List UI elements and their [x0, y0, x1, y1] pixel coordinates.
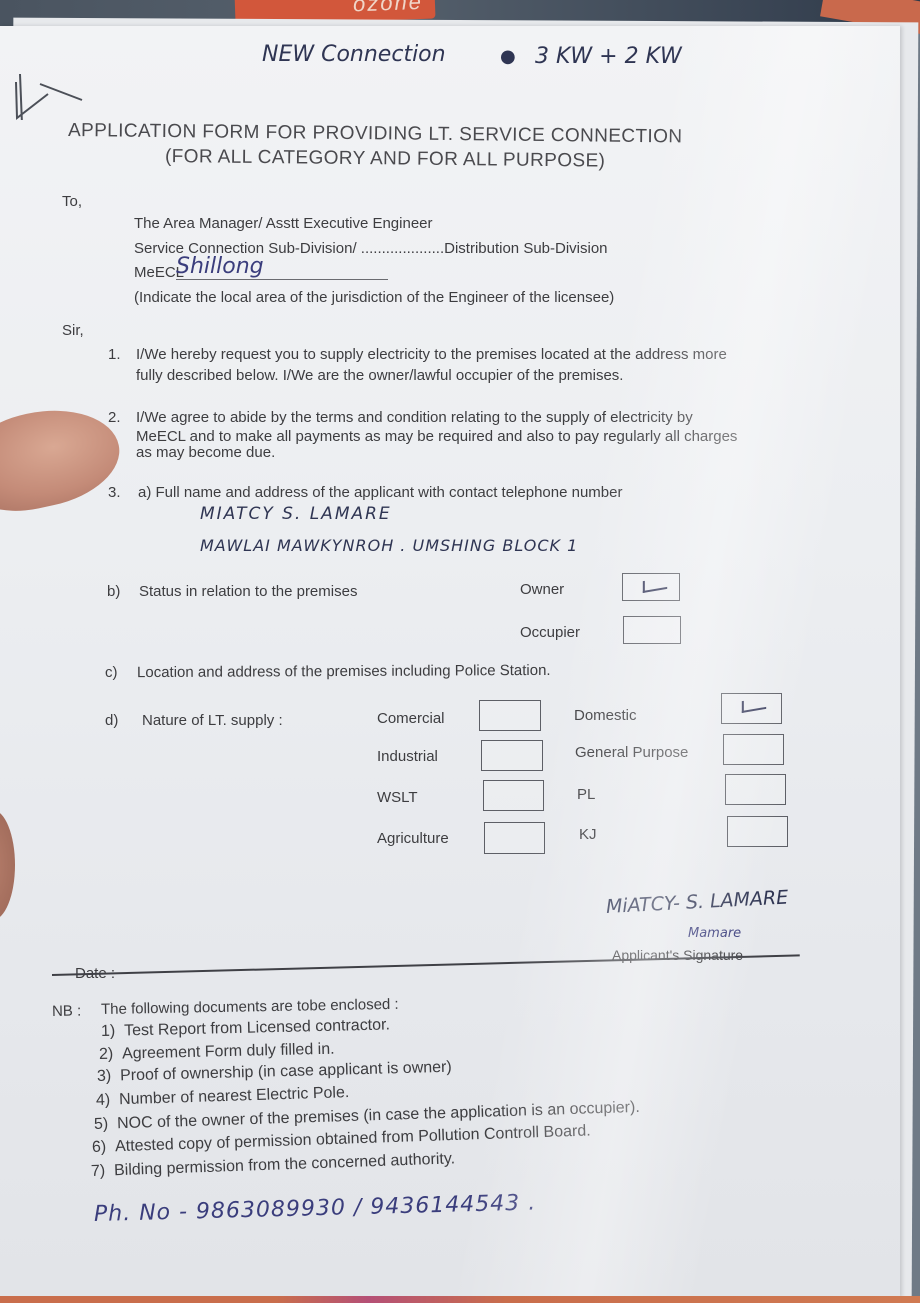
- background-tag-text: ozone: [353, 0, 424, 16]
- status-occupier-label: Occupier: [520, 624, 580, 641]
- phone-number-note: Ph. No - 9863089930 / 9436144543 .: [94, 1190, 537, 1227]
- item3-number: 3.: [108, 484, 121, 501]
- supply-pl-checkbox[interactable]: [725, 774, 786, 805]
- clause-2-number: 2.: [108, 409, 121, 426]
- scribble-icon: ●: [500, 46, 516, 67]
- supply-domestic-checkbox[interactable]: [721, 693, 782, 724]
- applicant-name-field[interactable]: MIATCY S. LAMARE: [200, 504, 392, 524]
- clause-2-line2: MeECL and to make all payments as may be…: [136, 428, 737, 445]
- status-owner-checkbox[interactable]: [622, 573, 680, 601]
- clause-1-line2: fully described below. I/We are the owne…: [136, 367, 623, 384]
- background-surface: [0, 1296, 920, 1303]
- to-label: To,: [62, 193, 82, 210]
- item3c-marker: c): [105, 664, 118, 681]
- checkmark-icon: [643, 577, 667, 593]
- status-owner-label: Owner: [520, 581, 564, 598]
- handwritten-applicant-name: MiATCY- S. LAMARE: [605, 886, 788, 918]
- supply-industrial-label: Industrial: [377, 748, 438, 765]
- handwritten-load-note: 3 KW + 2 KW: [535, 44, 682, 69]
- jurisdiction-underline: [176, 279, 388, 280]
- jurisdiction-field[interactable]: Shillong: [176, 254, 264, 279]
- checkmark-icon: [742, 697, 766, 713]
- document-item: 1) Test Report from Licensed contractor.: [101, 1016, 390, 1041]
- nb-intro: The following documents are tobe enclose…: [101, 996, 399, 1018]
- item3b-marker: b): [107, 583, 120, 600]
- addressee-line4: (Indicate the local area of the jurisdic…: [134, 289, 614, 306]
- nb-label: NB :: [52, 1002, 81, 1020]
- item3a-label: a) Full name and address of the applican…: [138, 484, 622, 501]
- clause-2-line1: I/We agree to abide by the terms and con…: [136, 409, 693, 426]
- handwritten-heading-note: NEW Connection: [262, 42, 446, 67]
- salutation: Sir,: [62, 322, 84, 339]
- supply-comercial-label: Comercial: [377, 710, 445, 727]
- application-form-page: NEW Connection ● 3 KW + 2 KW APPLICATION…: [0, 26, 900, 1298]
- item3d-marker: d): [105, 712, 118, 729]
- supply-comercial-checkbox[interactable]: [479, 700, 541, 731]
- form-title-line1: APPLICATION FORM FOR PROVIDING LT. SERVI…: [68, 120, 683, 148]
- document-item: 2) Agreement Form duly filled in.: [99, 1041, 335, 1064]
- status-occupier-checkbox[interactable]: [623, 616, 681, 644]
- applicant-signature-scribble[interactable]: Mamare: [688, 926, 741, 941]
- supply-agriculture-checkbox[interactable]: [484, 822, 545, 854]
- supply-pl-label: PL: [577, 786, 595, 803]
- item3c-label: Location and address of the premises inc…: [137, 662, 551, 681]
- clause-1-line1: I/We hereby request you to supply electr…: [136, 346, 727, 363]
- supply-general-purpose-label: General Purpose: [575, 744, 688, 761]
- item3d-label: Nature of LT. supply :: [142, 712, 283, 729]
- applicant-signature-label: Applicant's Signature: [612, 947, 743, 963]
- supply-domestic-label: Domestic: [574, 707, 637, 724]
- form-title-line2: (FOR ALL CATEGORY AND FOR ALL PURPOSE): [165, 146, 606, 173]
- supply-agriculture-label: Agriculture: [377, 830, 449, 847]
- clause-1-number: 1.: [108, 346, 121, 363]
- clause-2-line3: as may become due.: [136, 444, 275, 461]
- pen-mark-icon: [8, 62, 88, 120]
- supply-kj-label: KJ: [579, 826, 597, 843]
- divider-line: [52, 954, 800, 975]
- supply-wslt-label: WSLT: [377, 789, 418, 806]
- supply-kj-checkbox[interactable]: [727, 816, 788, 847]
- supply-wslt-checkbox[interactable]: [483, 780, 544, 811]
- document-item: 4) Number of nearest Electric Pole.: [96, 1084, 350, 1110]
- supply-general-purpose-checkbox[interactable]: [723, 734, 784, 765]
- applicant-address-field[interactable]: MAWLAI MAWKYNROH . UMSHING BLOCK 1: [200, 536, 578, 555]
- supply-industrial-checkbox[interactable]: [481, 740, 543, 771]
- addressee-line1: The Area Manager/ Asstt Executive Engine…: [134, 215, 433, 232]
- item3b-label: Status in relation to the premises: [139, 583, 357, 600]
